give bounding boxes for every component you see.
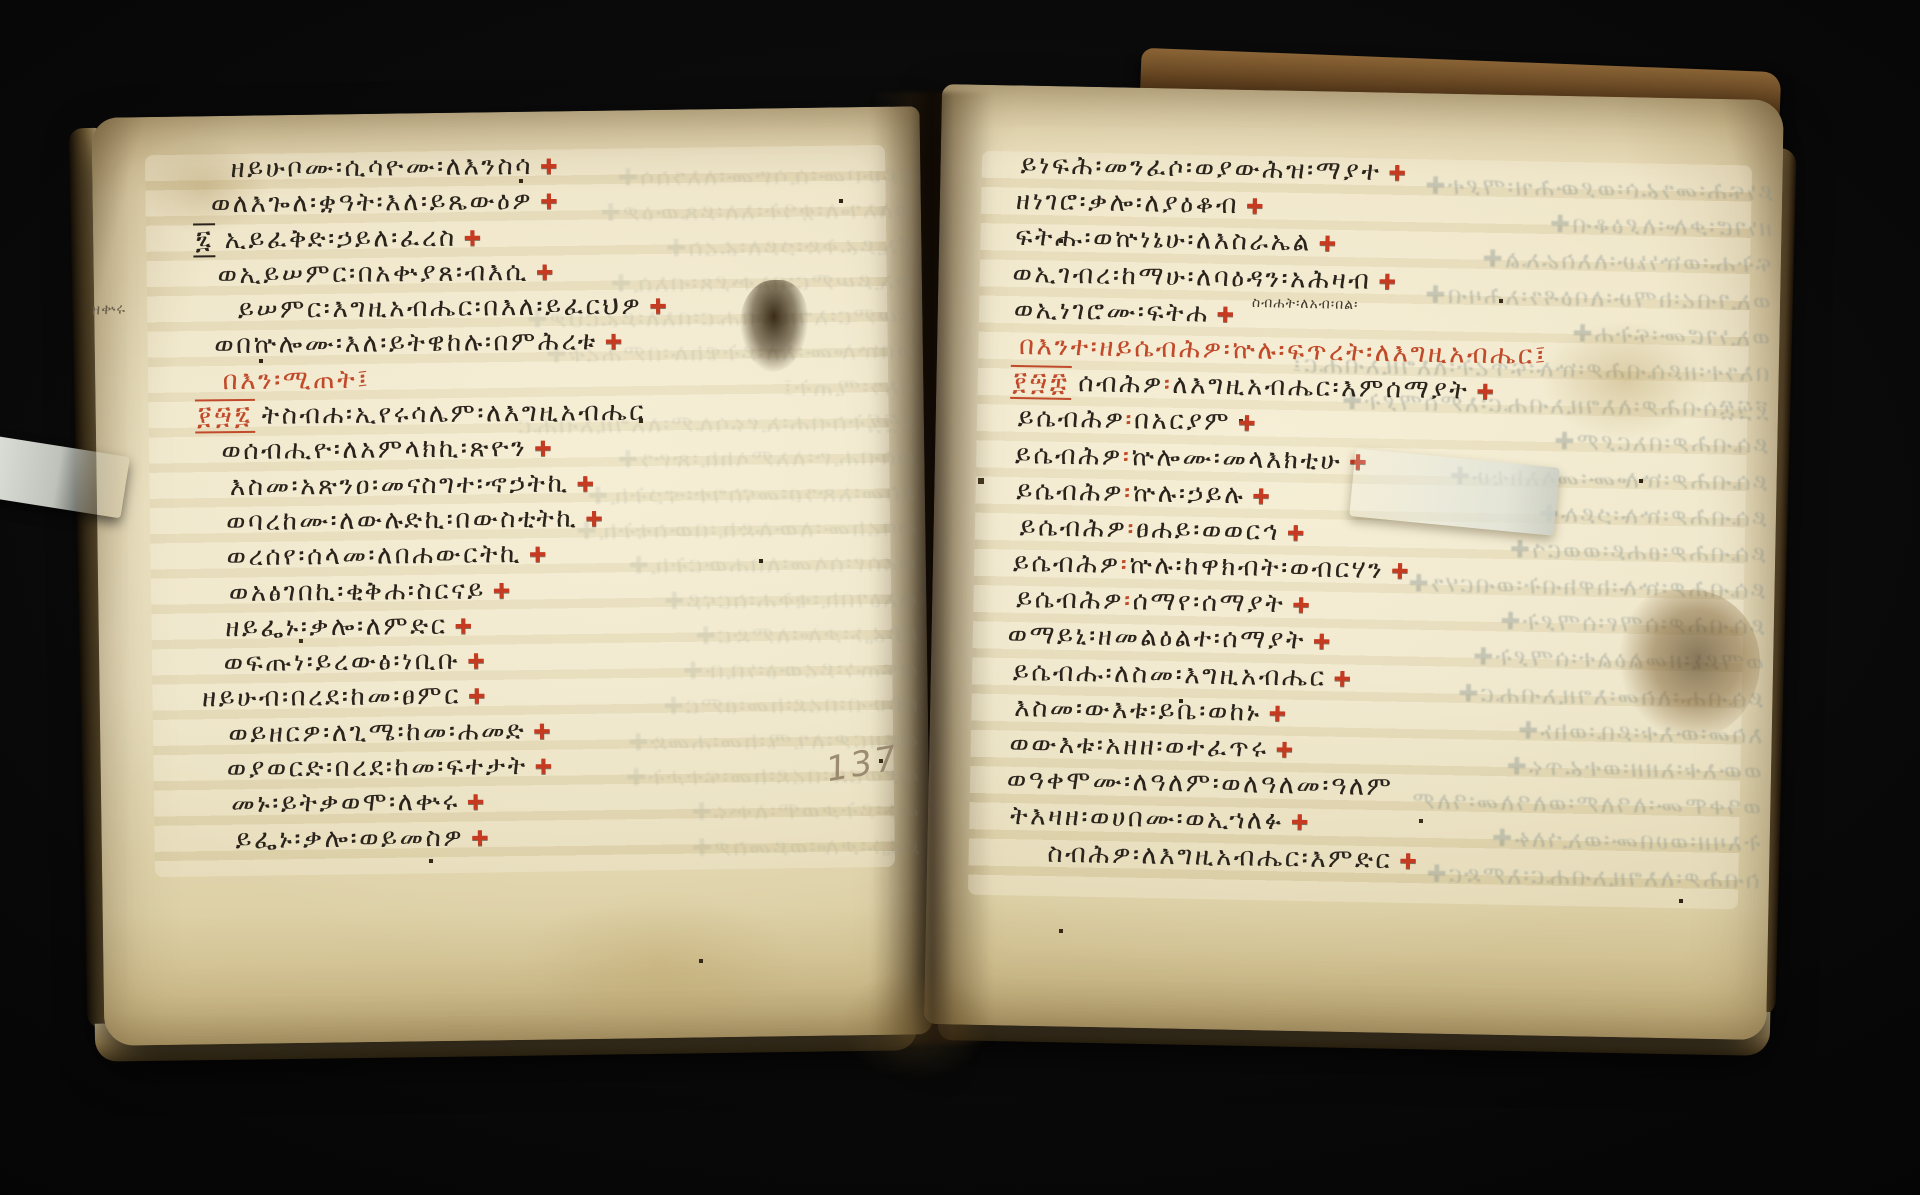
- text-run: ወይዘርዎ፡ለጊሜ፡ከመ፡ሐመድ: [228, 716, 526, 749]
- paragraph-cross-icon: ✚: [1275, 738, 1296, 762]
- interlinear-gloss-note: ስብሐት፡ለአብ፡በል፡: [1252, 295, 1359, 313]
- paragraph-cross-icon: ✚: [536, 261, 556, 285]
- manuscript-text-line: ወአፅገበኪ፡ቂቅሐ፡ስርናይ✚: [229, 571, 673, 611]
- text-run: ኵሎሙ፡መላእክቲሁ: [1131, 442, 1342, 476]
- manuscript-text-line: ይሠምር፡እግዚአብሔር፡በእለ፡ይፈርህዎ✚: [238, 289, 670, 329]
- psalm-number: ፻፵፯: [195, 399, 255, 434]
- paragraph-cross-icon: ✚: [1313, 630, 1334, 654]
- paragraph-cross-icon: ✚: [1333, 667, 1354, 691]
- manuscript-text-line: እስመ፡አጽንዐ፡መናስግተ፡ኆኃትኪ✚: [230, 465, 672, 505]
- manuscript-text-line: በእን፡ሚጠት፤: [223, 359, 671, 399]
- text-run: ወሰብሒዮ፡ለአምላክኪ፡ጽዮን: [221, 433, 527, 466]
- paragraph-cross-icon: ✚: [540, 155, 560, 179]
- text-run: ወፍጡነ፡ይረውፅ፡ነቢቡ: [224, 646, 461, 678]
- paragraph-cross-icon: ✚: [1287, 521, 1308, 545]
- text-run: ይሴብሕዎ: [1013, 548, 1121, 580]
- text-run: እስመ፡ውእቱ፡ይቤ፡ወከኑ: [1014, 693, 1262, 728]
- paragraph-cross-icon: ✚: [467, 650, 487, 674]
- text-run: ወማይኒ፡ዘመልዕልተ፡ሰማያት: [1007, 620, 1306, 656]
- dirt-speckles: [0, 0, 2, 2]
- text-run: ዘነገሮ፡ቃሎ፡ለያዕቆብ: [1016, 186, 1240, 220]
- paragraph-cross-icon: ✚: [1216, 303, 1237, 327]
- manuscript-text-line: ወሰብሒዮ፡ለአምላክኪ፡ጽዮን✚: [221, 430, 671, 470]
- paragraph-cross-icon: ✚: [471, 826, 491, 850]
- manuscript-text-line: ይፌኑ፡ቃሎ፡ወይመስዎ✚: [235, 818, 675, 858]
- paragraph-cross-icon: ✚: [533, 720, 553, 744]
- text-run: ስብሕዎ፡ለእግዚአብሔር፡እምድር: [1047, 838, 1392, 875]
- text-run: ኵሉ፡ከዋክብት፡ወብርሃን: [1129, 550, 1384, 585]
- text-run: ለእግዚአብሔር፡እምሰማያት: [1172, 370, 1470, 406]
- text-run: ይፌኑ፡ቃሎ፡ወይመስዎ: [235, 822, 464, 854]
- text-run: ትእዛዘ፡ወሀበሙ፡ወኢኀለፉ: [1010, 801, 1284, 836]
- text-run: ሰብሕዎ: [1078, 368, 1164, 400]
- paragraph-cross-icon: ✚: [1252, 484, 1273, 508]
- text-run: ወባረከሙ፡ለውሉድኪ፡በውስቲትኪ: [226, 503, 578, 537]
- paragraph-cross-icon: ✚: [576, 472, 596, 496]
- text-run: ወውእቱ፡አዘዘ፡ወተፈጥሩ: [1009, 729, 1269, 764]
- paragraph-cross-icon: ✚: [540, 190, 560, 214]
- paragraph-cross-icon: ✚: [1291, 811, 1312, 835]
- text-run: ይሴብሕዎ: [1016, 476, 1124, 508]
- text-run: ይሴብሕዎ: [1017, 403, 1125, 435]
- paragraph-cross-icon: ✚: [1399, 849, 1420, 873]
- manuscript-text-line: ፻፵፯ትስብሐ፡ኢየሩሳሌም፡ለእግዚአብሔር: [195, 395, 671, 435]
- text-run: እስመ፡አጽንዐ፡መናስግተ፡ኆኃትኪ: [230, 468, 570, 502]
- text-run: ይነፍሕ፡መንፈሶ፡ወያውሕዝ፡ማያተ: [1020, 150, 1381, 187]
- text-run: በአርያም: [1134, 406, 1232, 438]
- manuscript-text-line: ዘይሁብ፡በረደ፡ከመ፡ፀምር✚: [202, 677, 674, 717]
- text-run: ወዓቀሞሙ፡ለዓለም፡ወለዓለመ፡ዓለም: [1007, 765, 1394, 802]
- text-run: ወአፅገበኪ፡ቂቅሐ፡ስርናይ: [229, 575, 486, 608]
- paragraph-cross-icon: ✚: [467, 791, 487, 815]
- manuscript-text-line: ዘይሁቦሙ፡ሲሳዮሙ፡ለእንስሳ✚: [230, 148, 668, 188]
- psalm-number: ፻፵፰: [1010, 365, 1071, 400]
- paragraph-cross-icon: ✚: [585, 507, 605, 531]
- text-run: ሰማየ፡ሰማያት: [1132, 587, 1285, 620]
- text-run: ወያወርድ፡በረደ፡ከመ፡ፍተታት: [227, 751, 528, 784]
- paragraph-cross-icon: ✚: [1391, 559, 1412, 583]
- text-run: ይሴብሕዎ: [1015, 439, 1123, 471]
- manuscript-text-line: ወኢይሠምር፡በአቍያጸ፡ብእሲ✚: [217, 253, 669, 293]
- text-run: ፍትሑ፡ወኵነኔሁ፡ለእስራኤል: [1015, 222, 1312, 258]
- paragraph-cross-icon: ✚: [1268, 702, 1289, 726]
- paragraph-cross-icon: ✚: [534, 437, 554, 461]
- paragraph-cross-icon: ✚: [535, 755, 555, 779]
- manuscript-text-line: ወበኵሎሙ፡እለ፡ይትዌከሉ፡በምሕረቱ✚: [214, 324, 670, 364]
- text-run: ይሴብሕዎ: [1019, 512, 1127, 544]
- text-run: ዘይሁቦሙ፡ሲሳዮሙ፡ለእንስሳ: [230, 151, 533, 184]
- text-run: ወበኵሎሙ፡እለ፡ይትዌከሉ፡በምሕረቱ: [214, 327, 598, 361]
- paragraph-cross-icon: ✚: [1318, 232, 1339, 256]
- paragraph-cross-icon: ✚: [1378, 269, 1399, 293]
- paragraph-cross-icon: ✚: [454, 614, 474, 638]
- paragraph-cross-icon: ✚: [1292, 594, 1313, 618]
- paragraph-cross-icon: ✚: [1238, 412, 1259, 436]
- paragraph-cross-icon: ✚: [1246, 195, 1267, 219]
- text-run: ትስብሐ፡ኢየሩሳሌም፡ለእግዚአብሔር: [261, 397, 646, 431]
- margin-correction-note: ዘቍሩ: [92, 299, 127, 318]
- paragraph-cross-icon: ✚: [649, 295, 669, 319]
- paragraph-cross-icon: ✚: [468, 685, 488, 709]
- text-run: ይሴብሑ፡ለስመ፡እግዚአብሔር: [1013, 657, 1327, 693]
- manuscript-text-line: ወባረከሙ፡ለውሉድኪ፡በውስቲትኪ✚: [226, 500, 672, 540]
- text-run: ኢይፈቅድ፡ኃይለ፡ፈረስ: [224, 222, 457, 254]
- text-run: ዘይፌኑ፡ቃሎ፡ለምድር: [225, 611, 448, 643]
- manuscript-text-line: ፯ኢይፈቅድ፡ኃይለ፡ፈረስ✚: [193, 218, 669, 258]
- paragraph-cross-icon: ✚: [1476, 380, 1497, 404]
- text-run: ወኢይሠምር፡በአቍያጸ፡ብእሲ: [217, 257, 529, 290]
- paragraph-cross-icon: ✚: [605, 330, 625, 354]
- manuscript-photo: ዘይሁቦሙ፡ሲሳዮሙ፡ለእንስሳ✚ወለእጐለ፡ቋዓት፡እለ፡ይጼውዕዎ✚፯ኢይፈ…: [0, 0, 1920, 1195]
- left-page-text-column: ዘይሁቦሙ፡ሲሳዮሙ፡ለእንስሳ✚ወለእጐለ፡ቋዓት፡እለ፡ይጼውዕዎ✚፯ኢይፈ…: [192, 148, 675, 859]
- paragraph-cross-icon: ✚: [1388, 161, 1409, 185]
- verse-number: ፯: [193, 223, 216, 257]
- rubric-run: በእን፡ሚጠት፤: [223, 364, 371, 396]
- text-run: መኑ፡ይትቃወሞ፡ለቍሩ: [231, 787, 460, 819]
- manuscript-text-line: ወያወርድ፡በረደ፡ከመ፡ፍተታት✚: [227, 748, 675, 788]
- text-run: ወረሰየ፡ሰላመ፡ለበሐውርትኪ: [226, 539, 522, 572]
- text-run: ወኢገብረ፡ከማሁ፡ለባዕዳን፡አሕዛብ: [1012, 258, 1371, 295]
- text-run: ወኢነገሮሙ፡ፍትሐ: [1014, 295, 1210, 329]
- text-run: ይሠምር፡እግዚአብሔር፡በእለ፡ይፈርህዎ: [238, 291, 643, 325]
- manuscript-text-line: ዘይፌኑ፡ቃሎ፡ለምድር✚: [225, 606, 673, 646]
- paragraph-cross-icon: ✚: [464, 226, 484, 250]
- manuscript-text-line: ወለእጐለ፡ቋዓት፡እለ፡ይጼውዕዎ✚: [211, 183, 669, 223]
- manuscript-text-line: ወፍጡነ፡ይረውፅ፡ነቢቡ✚: [223, 642, 673, 682]
- paragraph-cross-icon: ✚: [529, 543, 549, 567]
- paragraph-cross-icon: ✚: [493, 579, 513, 603]
- manuscript-text-line: ወረሰየ፡ሰላመ፡ለበሐውርትኪ✚: [226, 536, 672, 576]
- text-run: ፀሐይ፡ወወርኅ: [1136, 514, 1280, 547]
- text-run: ዘይሁብ፡በረደ፡ከመ፡ፀምር: [202, 681, 461, 714]
- manuscript-text-line: መኑ፡ይትቃወሞ፡ለቍሩ✚: [231, 783, 675, 823]
- text-run: ወለእጐለ፡ቋዓት፡እለ፡ይጼውዕዎ: [211, 186, 534, 219]
- text-run: ይሴብሕዎ: [1016, 584, 1124, 616]
- manuscript-text-line: ወይዘርዎ፡ለጊሜ፡ከመ፡ሐመድ✚: [228, 712, 674, 752]
- text-run: ኵሉ፡ኃይሉ: [1132, 478, 1245, 510]
